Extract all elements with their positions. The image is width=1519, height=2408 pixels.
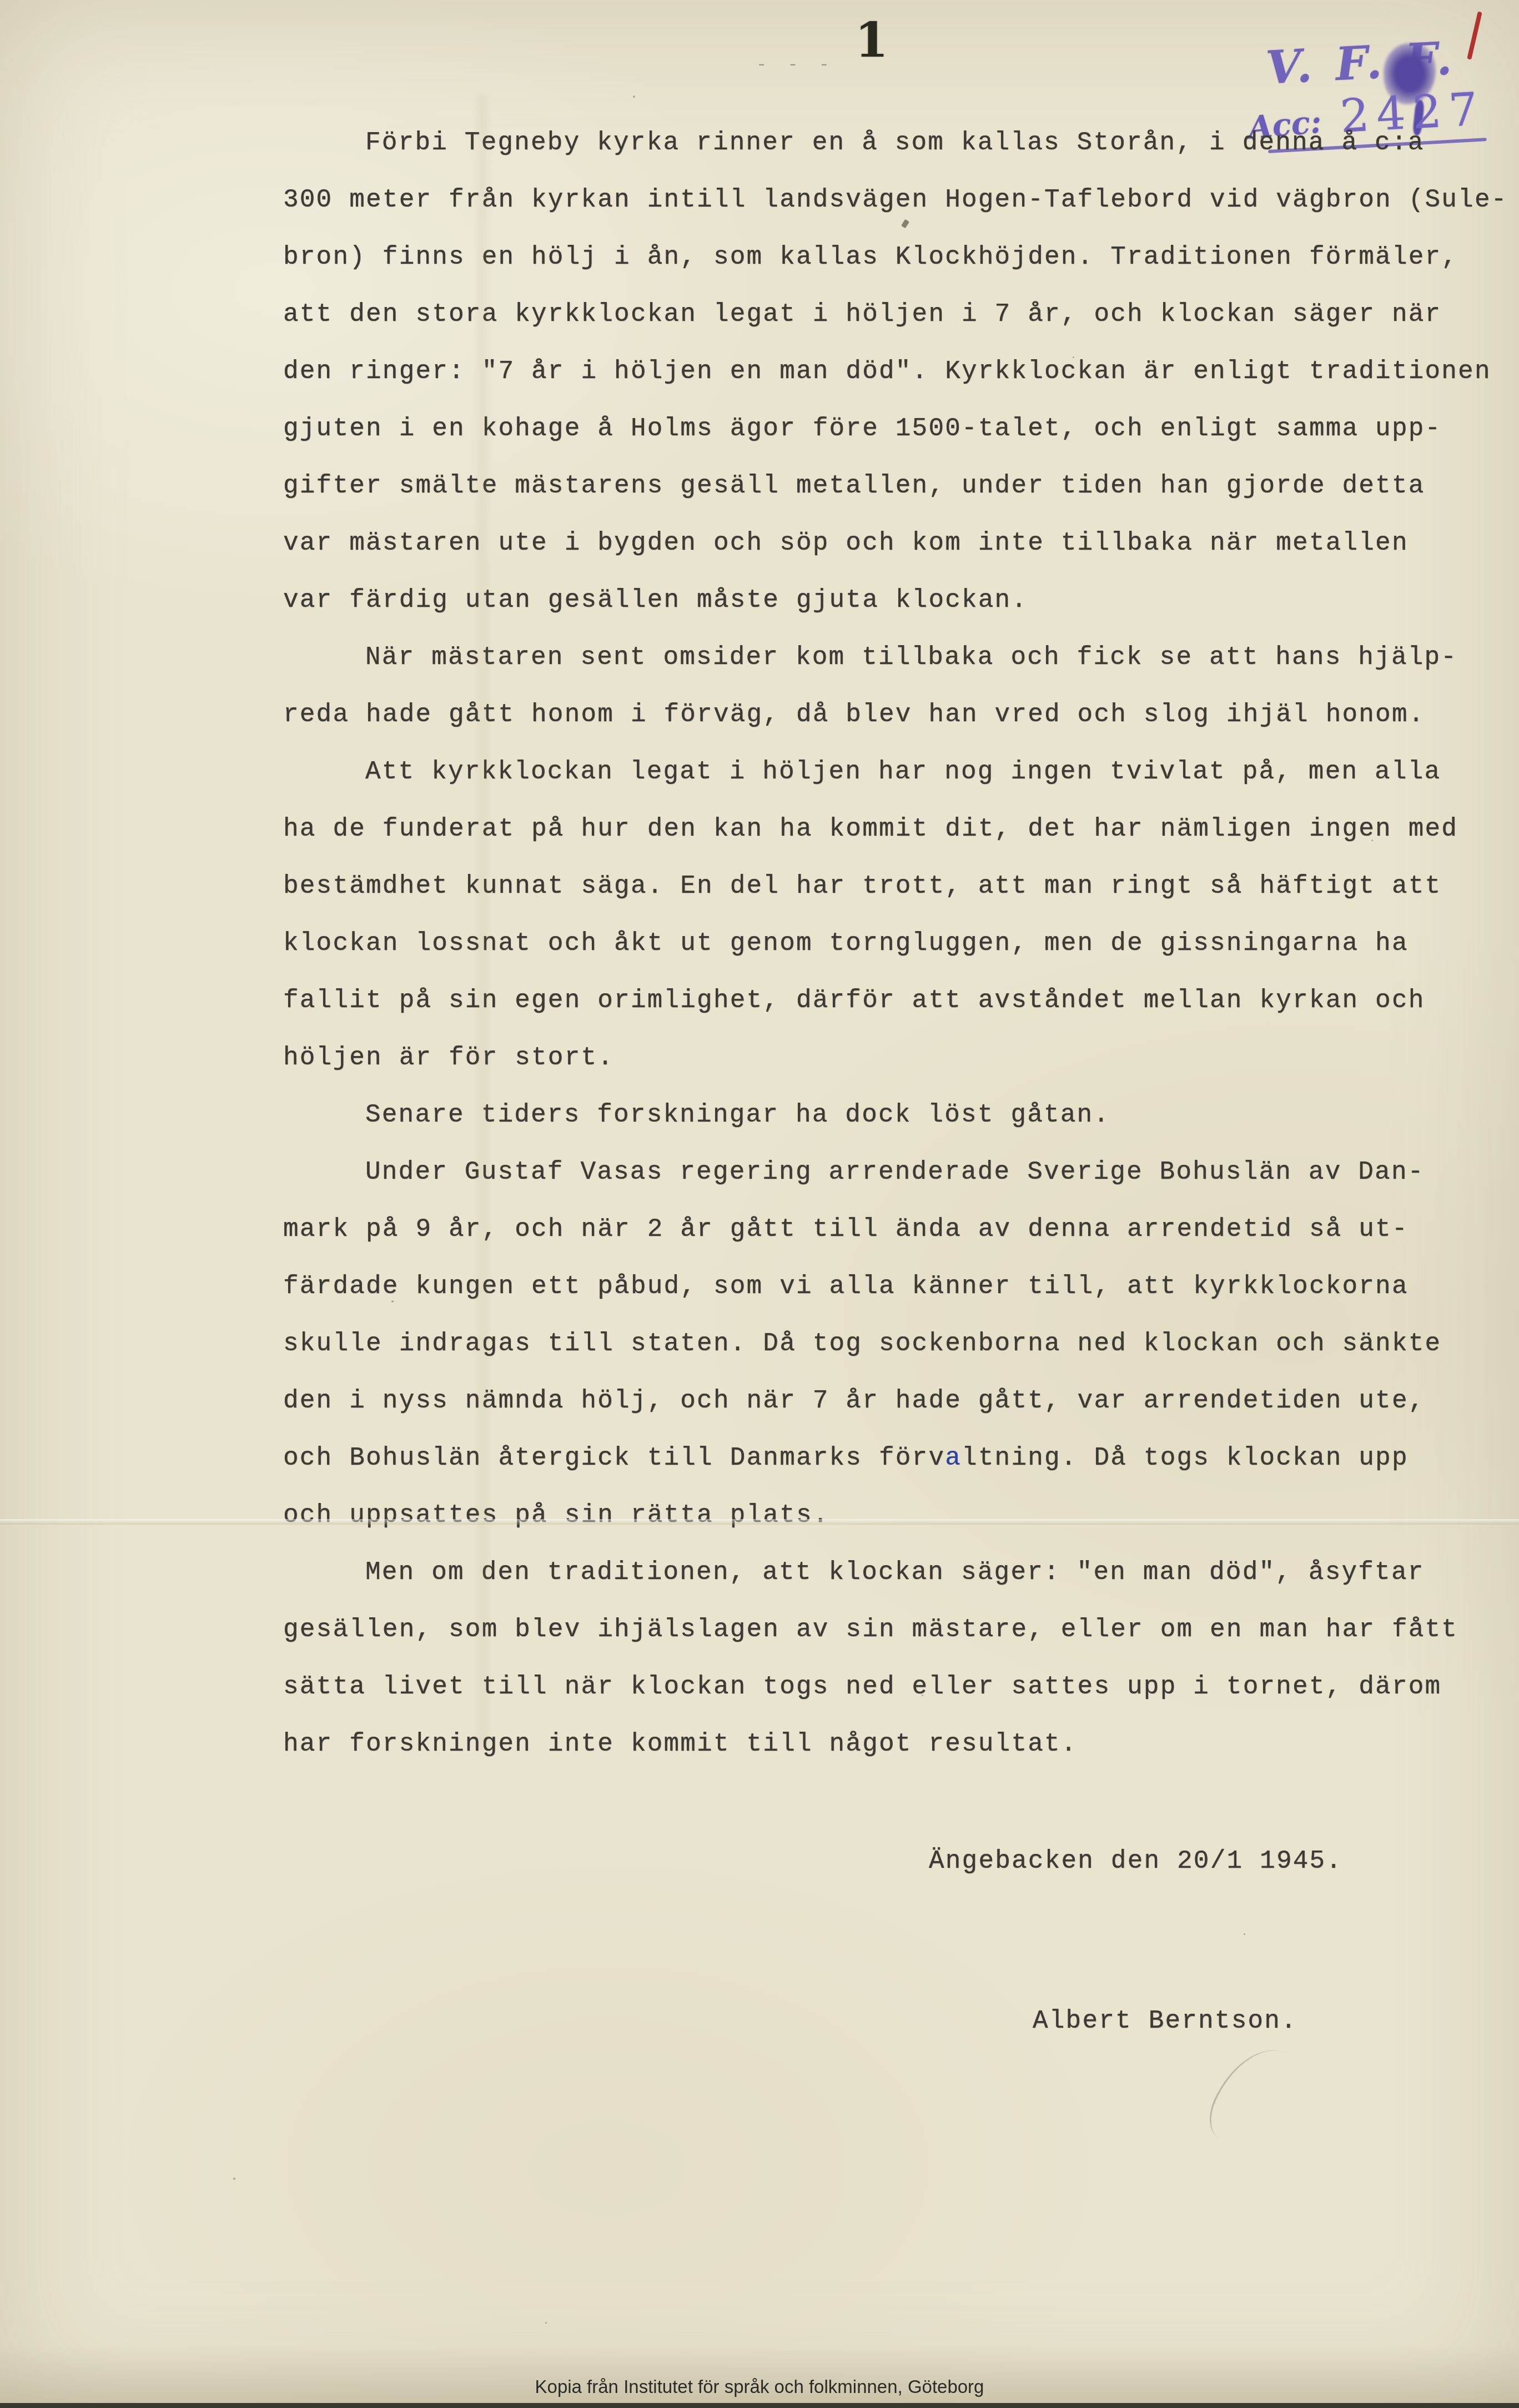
typed-line: färdade kungen ett påbud, som vi alla kä… bbox=[283, 1258, 1519, 1315]
typed-line: Senare tiders forskningar ha dock löst g… bbox=[283, 1087, 1519, 1144]
scan-bottom-edge bbox=[0, 2403, 1519, 2408]
typed-line: bron) finns en hölj i ån, som kallas Klo… bbox=[283, 229, 1519, 286]
paper-speck bbox=[633, 95, 635, 98]
typed-line: och Bohuslän återgick till Danmarks förv… bbox=[283, 1430, 1519, 1487]
correction-letter-blue-ink: a bbox=[945, 1444, 962, 1472]
scanned-document-page: 1 - - - V. F. F. Acc: 2427 Förbi Tegneby… bbox=[0, 0, 1519, 2408]
typed-line: har forskningen inte kommit till något r… bbox=[283, 1716, 1519, 1773]
typed-line: mark på 9 år, och när 2 år gått till änd… bbox=[283, 1201, 1519, 1258]
typed-line: reda hade gått honom i förväg, då blev h… bbox=[283, 686, 1519, 743]
typed-line-segment: ltning. Då togs klockan upp bbox=[962, 1444, 1409, 1472]
paper-speck bbox=[922, 1695, 923, 1696]
typed-line: gifter smälte mästarens gesäll metallen,… bbox=[283, 458, 1519, 515]
signature: Albert Berntson. bbox=[1033, 2007, 1297, 2035]
typed-line: var färdig utan gesällen måste gjuta klo… bbox=[283, 572, 1519, 629]
archive-credit-line: Kopia från Institutet för språk och folk… bbox=[535, 2376, 984, 2397]
ghost-typewriter-marks: - - - bbox=[756, 54, 834, 75]
horizontal-paper-crease bbox=[0, 1519, 1519, 1525]
typed-line: fallit på sin egen orimlighet, därför at… bbox=[283, 972, 1519, 1029]
paper-speck bbox=[391, 1300, 394, 1303]
typed-line: den i nyss nämnda hölj, och när 7 år had… bbox=[283, 1373, 1519, 1430]
typed-line: sätta livet till när klockan togs ned el… bbox=[283, 1658, 1519, 1716]
paper-speck bbox=[1371, 839, 1373, 841]
typed-line: bestämdhet kunnat säga. En del har trott… bbox=[283, 858, 1519, 915]
typed-line: skulle indragas till staten. Då tog sock… bbox=[283, 1315, 1519, 1373]
typed-line: När mästaren sent omsider kom tillbaka o… bbox=[283, 629, 1519, 686]
paper-speck bbox=[545, 2322, 547, 2324]
paper-speck bbox=[1073, 356, 1074, 358]
red-pen-mark bbox=[1467, 11, 1482, 60]
typed-line: gesällen, som blev ihjälslagen av sin mä… bbox=[283, 1601, 1519, 1658]
paper-speck bbox=[1244, 1933, 1245, 1935]
paper-speck bbox=[233, 2178, 235, 2180]
typed-line: klockan lossnat och åkt ut genom tornglu… bbox=[283, 915, 1519, 972]
typed-line: var mästaren ute i bygden och söp och ko… bbox=[283, 515, 1519, 572]
typed-line-segment: och Bohuslän återgick till Danmarks förv bbox=[283, 1444, 945, 1472]
typed-line: höljen är för stort. bbox=[283, 1029, 1519, 1087]
faint-pencil-stroke bbox=[1201, 2034, 1306, 2158]
typed-line: gjuten i en kohage å Holms ägor före 150… bbox=[283, 400, 1519, 458]
typed-line: Förbi Tegneby kyrka rinner en å som kall… bbox=[283, 114, 1519, 172]
typed-line: att den stora kyrkklockan legat i höljen… bbox=[283, 286, 1519, 343]
typed-line: Att kyrkklockan legat i höljen har nog i… bbox=[283, 743, 1519, 801]
vertical-paper-fold bbox=[477, 94, 487, 1749]
typed-line: ha de funderat på hur den kan ha kommit … bbox=[283, 801, 1519, 858]
typed-line: 300 meter från kyrkan intill landsvägen … bbox=[283, 172, 1519, 229]
typed-line: den ringer: "7 år i höljen en man död". … bbox=[283, 343, 1519, 400]
typed-line: och uppsattes på sin rätta plats. bbox=[283, 1487, 1519, 1544]
typed-line: Under Gustaf Vasas regering arrenderade … bbox=[283, 1144, 1519, 1201]
dateline: Ängebacken den 20/1 1945. bbox=[929, 1847, 1342, 1876]
typed-line: Men om den traditionen, att klockan säge… bbox=[283, 1544, 1519, 1601]
page-number: 1 bbox=[855, 12, 888, 68]
